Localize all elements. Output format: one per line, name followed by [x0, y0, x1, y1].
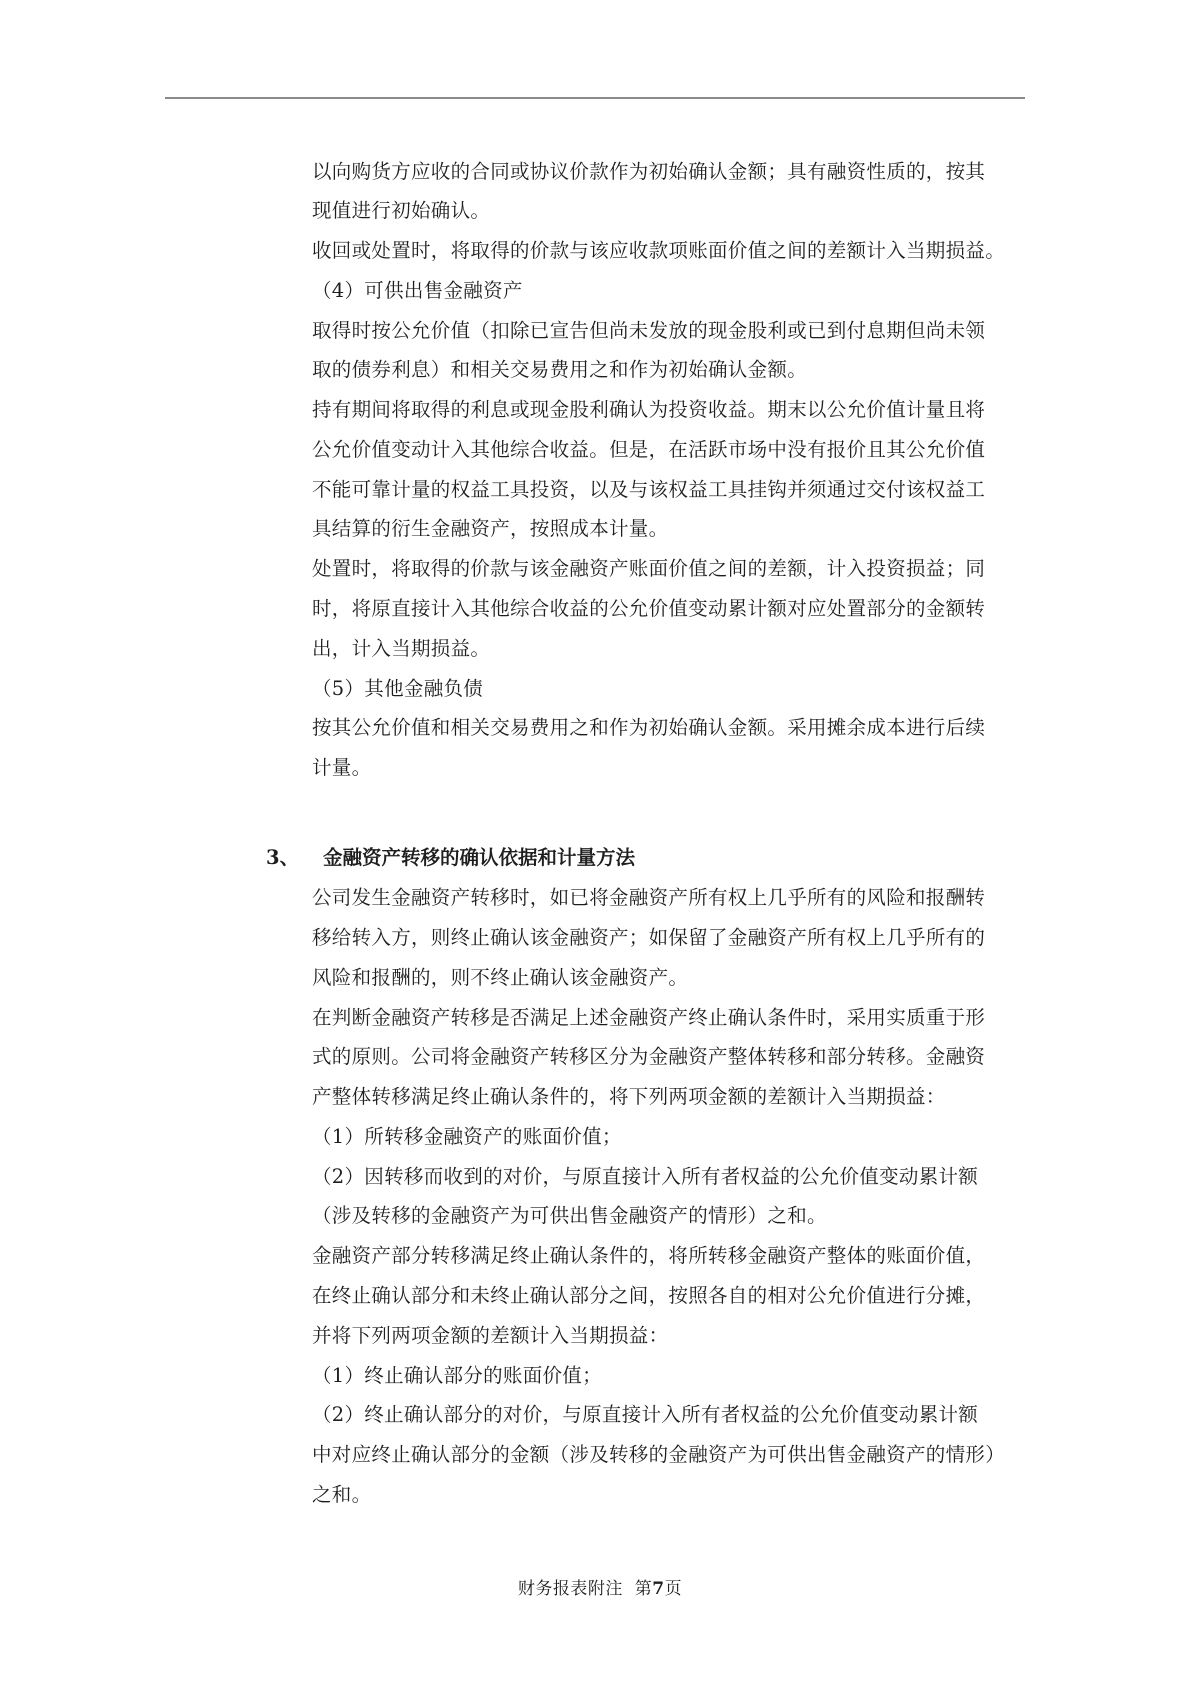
text-line: 移给转入方，则终止确认该金融资产；如保留了金融资产所有权上几乎所有的	[312, 926, 985, 950]
text-line: （5）其他金融负债	[312, 677, 483, 701]
text-line: （4）可供出售金融资产	[312, 279, 523, 303]
text-line: 在终止确认部分和未终止确认部分之间，按照各自的相对公允价值进行分摊，	[312, 1284, 985, 1308]
footer-page-number: 7	[652, 1579, 664, 1599]
text-line: 并将下列两项金额的差额计入当期损益：	[312, 1324, 668, 1348]
text-line: 之和。	[312, 1483, 371, 1507]
section-title: 金融资产转移的确认依据和计量方法	[323, 846, 635, 870]
text-line: 计量。	[312, 756, 371, 780]
text-line: 不能可靠计量的权益工具投资，以及与该权益工具挂钩并须通过交付该权益工	[312, 478, 985, 502]
text-line: 以向购货方应收的合同或协议价款作为初始确认金额；具有融资性质的，按其	[312, 160, 985, 184]
text-line: 在判断金融资产转移是否满足上述金融资产终止确认条件时，采用实质重于形	[312, 1006, 985, 1030]
page-footer: 财务报表附注 第7页	[0, 1574, 1200, 1599]
text-line: 现值进行初始确认。	[312, 199, 490, 223]
text-line: 式的原则。公司将金融资产转移区分为金融资产整体转移和部分转移。金融资	[312, 1045, 985, 1069]
text-line: 时，将原直接计入其他综合收益的公允价值变动累计额对应处置部分的金额转	[312, 597, 985, 621]
footer-page-suffix: 页	[665, 1579, 683, 1599]
text-line: （2）终止确认部分的对价，与原直接计入所有者权益的公允价值变动累计额	[312, 1403, 978, 1427]
footer-label: 财务报表附注	[518, 1579, 623, 1599]
text-line: 处置时，将取得的价款与该金融资产账面价值之间的差额，计入投资损益；同	[312, 557, 985, 581]
text-line: （1）所转移金融资产的账面价值；	[312, 1125, 622, 1149]
text-line: 按其公允价值和相关交易费用之和作为初始确认金额。采用摊余成本进行后续	[312, 716, 985, 740]
text-line: 中对应终止确认部分的金额（涉及转移的金融资产为可供出售金融资产的情形）	[312, 1443, 1005, 1467]
text-line: （涉及转移的金融资产为可供出售金融资产的情形）之和。	[312, 1204, 827, 1228]
text-line: 金融资产部分转移满足终止确认条件的，将所转移金融资产整体的账面价值，	[312, 1244, 985, 1268]
text-line: （2）因转移而收到的对价，与原直接计入所有者权益的公允价值变动累计额	[312, 1165, 978, 1189]
text-line: 风险和报酬的，则不终止确认该金融资产。	[312, 966, 688, 990]
text-line: （1）终止确认部分的账面价值；	[312, 1364, 602, 1388]
text-line: 出，计入当期损益。	[312, 637, 490, 661]
text-line: 收回或处置时，将取得的价款与该应收款项账面价值之间的差额计入当期损益。	[312, 239, 1005, 263]
text-line: 取的债券利息）和相关交易费用之和作为初始确认金额。	[312, 358, 807, 382]
text-line: 取得时按公允价值（扣除已宣告但尚未发放的现金股利或已到付息期但尚未领	[312, 319, 985, 343]
text-line: 具结算的衍生金融资产，按照成本计量。	[312, 517, 668, 541]
text-line: 产整体转移满足终止确认条件的，将下列两项金额的差额计入当期损益：	[312, 1085, 946, 1109]
section-number: 3、	[266, 846, 299, 870]
text-line: 公司发生金融资产转移时，如已将金融资产所有权上几乎所有的风险和报酬转	[312, 886, 985, 910]
footer-page-prefix: 第	[635, 1579, 653, 1599]
text-line: 公允价值变动计入其他综合收益。但是，在活跃市场中没有报价且其公允价值	[312, 438, 985, 462]
header-rule	[165, 97, 1025, 99]
text-line: 持有期间将取得的利息或现金股利确认为投资收益。期末以公允价值计量且将	[312, 398, 985, 422]
